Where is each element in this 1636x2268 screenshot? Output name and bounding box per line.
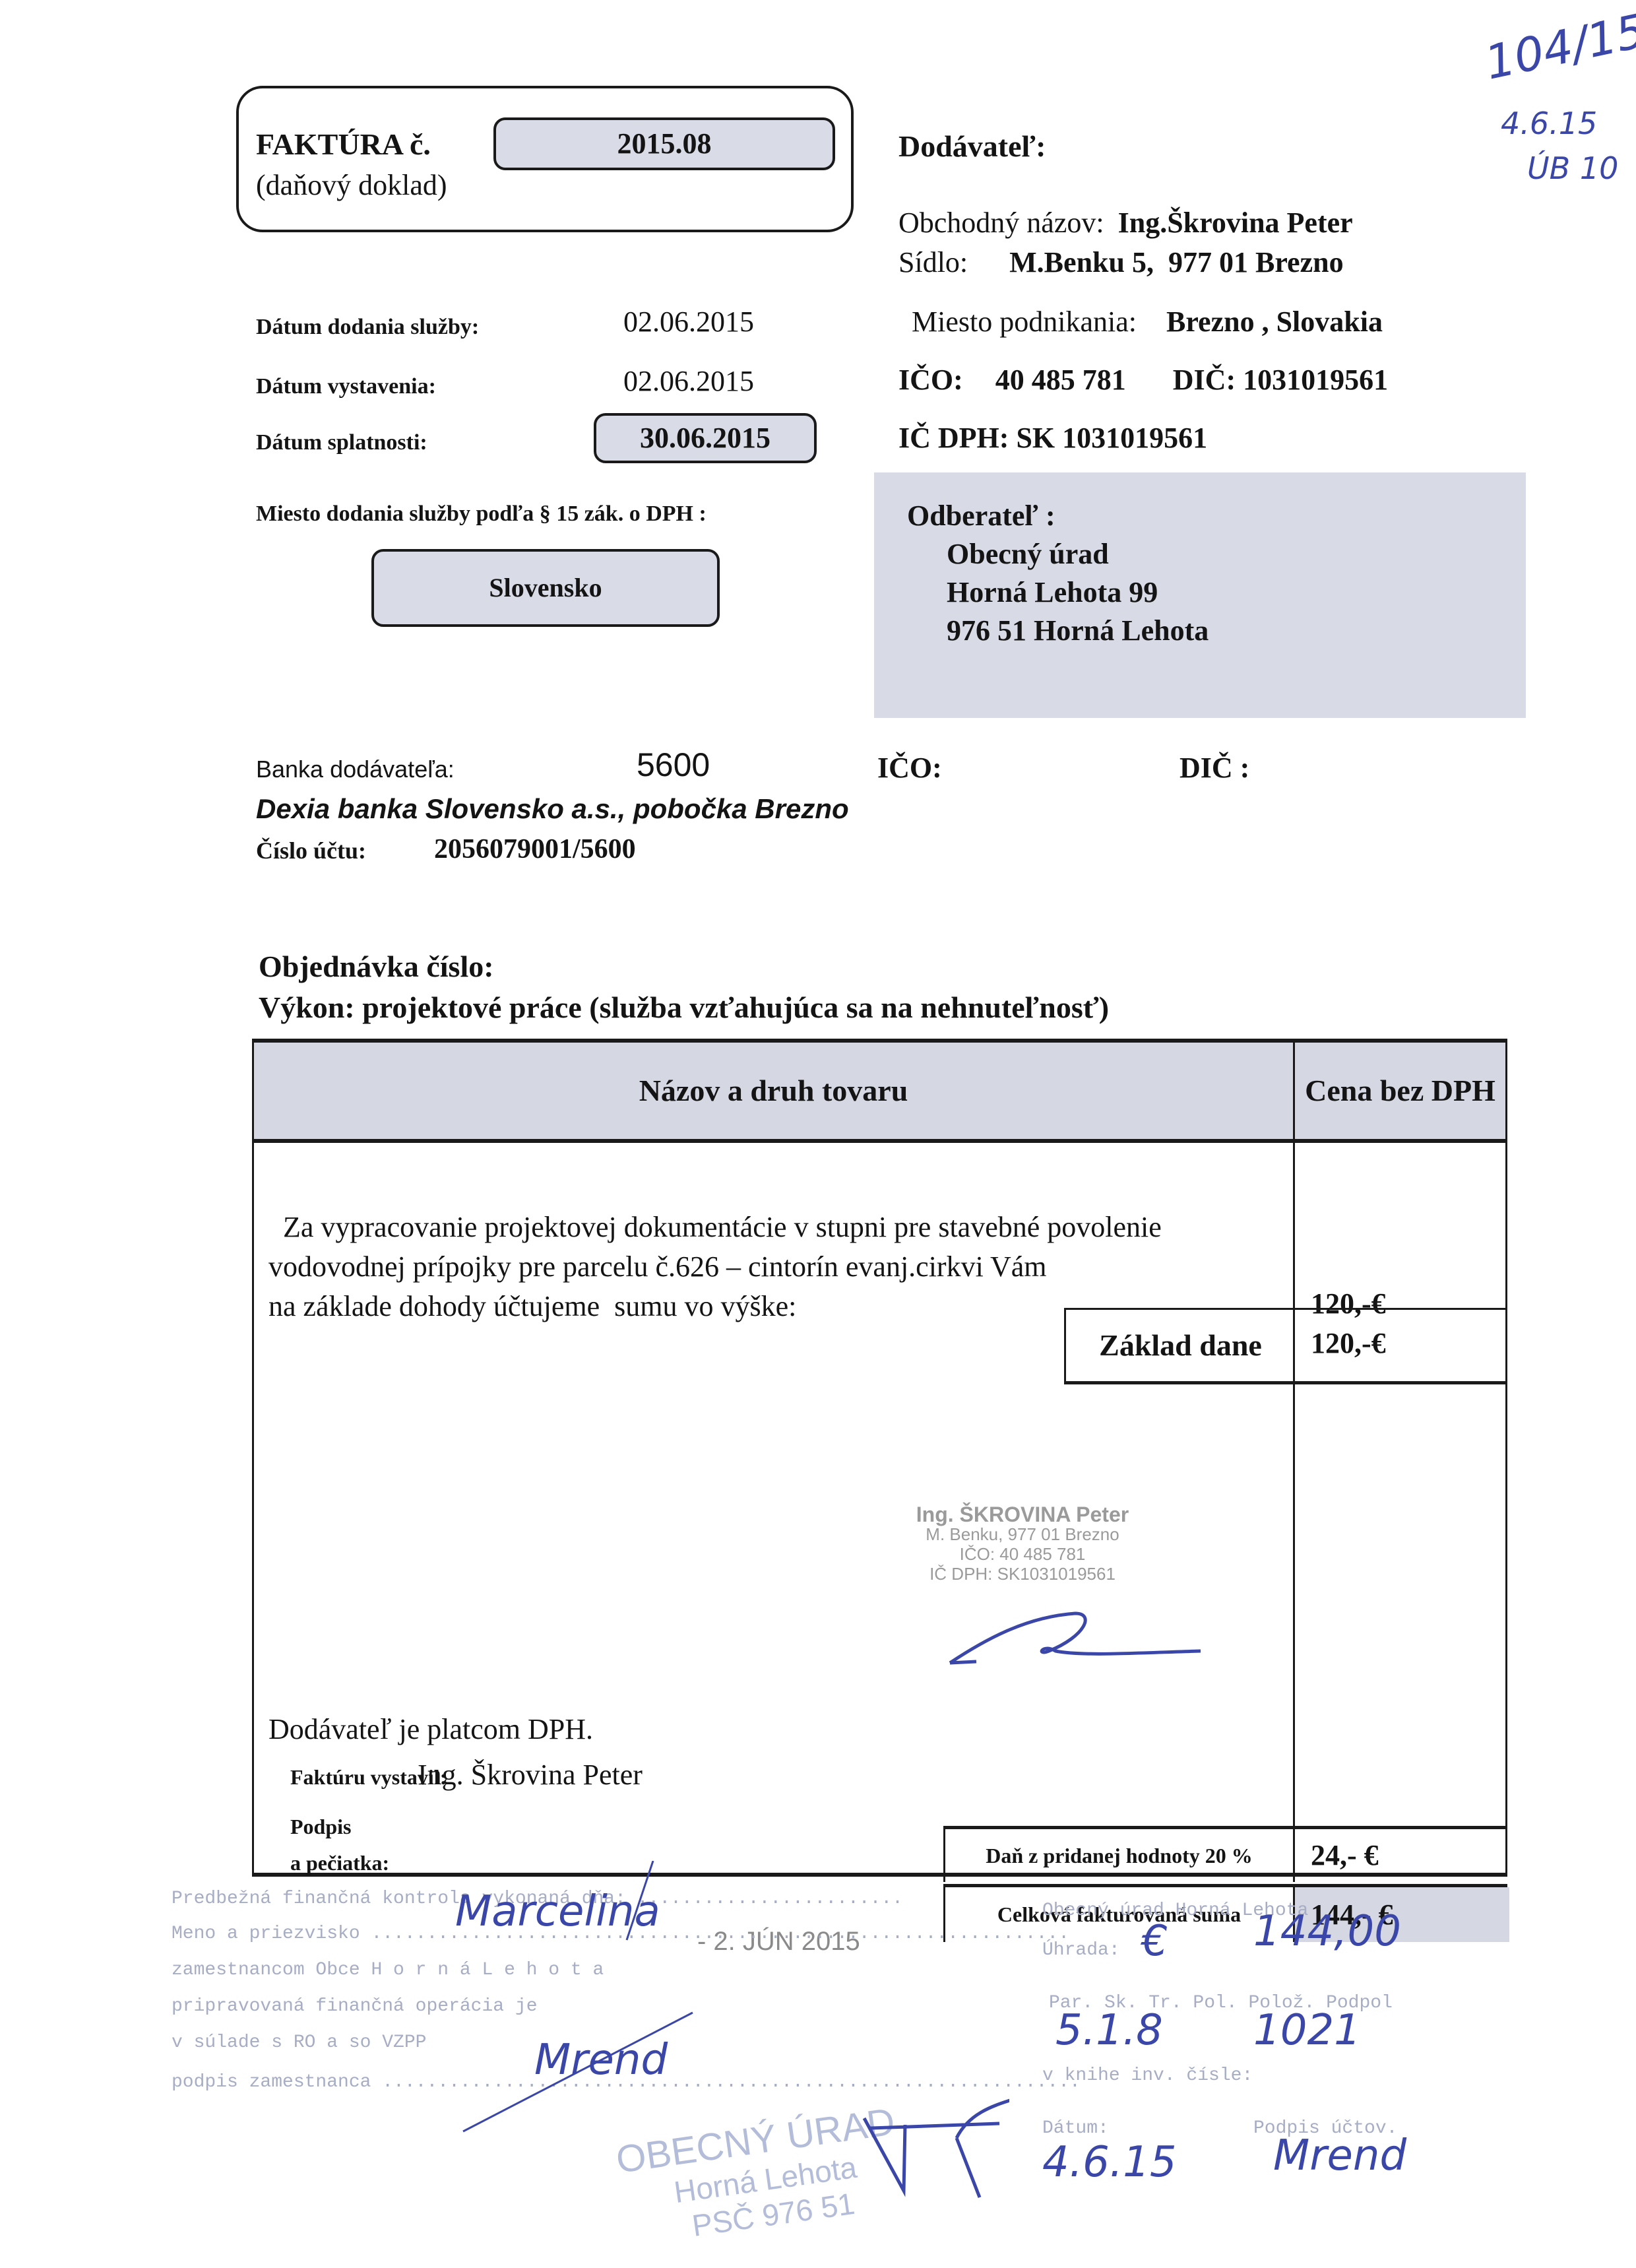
supplier-place-label: Miesto podnikania: — [912, 306, 1137, 338]
supplier-place: Brezno , Slovakia — [1166, 306, 1383, 338]
supplier-dic-label: DIČ: — [1173, 364, 1236, 396]
column-header-price: Cena bez DPH — [1295, 1043, 1505, 1139]
place-of-supply: Slovensko — [374, 552, 717, 624]
supplier-heading: Dodávateľ: — [898, 129, 1046, 164]
inventory-label: v knihe inv. čísle: — [1042, 2065, 1253, 2086]
column-header-item: Názov a druh tovaru — [254, 1043, 1293, 1139]
customer-name: Obecný úrad — [947, 537, 1109, 571]
budget-code-2: 1021 — [1253, 2006, 1361, 2055]
signature-label: Podpis — [290, 1815, 351, 1839]
customer-box: Odberateľ : Obecný úrad Horná Lehota 99 … — [874, 472, 1526, 718]
bank-code: 5600 — [637, 746, 710, 784]
tax-base-box: Základ dane — [1064, 1310, 1295, 1384]
due-date-box: 30.06.2015 — [594, 413, 817, 463]
booking-date: 4.6.15 — [1042, 2138, 1177, 2187]
booking-date-label: Dátum: — [1042, 2118, 1109, 2139]
invoice-title: FAKTÚRA č. — [256, 127, 431, 162]
delivery-date: 02.06.2015 — [623, 305, 754, 339]
invoice-items-table: Názov a druh tovaru Cena bez DPH Za vypr… — [252, 1039, 1507, 1877]
supplier-ico: 40 485 781 — [995, 364, 1126, 396]
item-price: 120,-€ — [1311, 1287, 1386, 1320]
supplier-trade-name: Ing.Škrovina Peter — [1118, 207, 1353, 239]
supplier-icdph: SK 1031019561 — [1016, 422, 1207, 454]
stamp-line: M. Benku, 977 01 Brezno — [881, 1524, 1164, 1544]
issue-date: 02.06.2015 — [623, 364, 754, 398]
supplier-seat: M.Benku 5, 977 01 Brezno — [1009, 246, 1343, 278]
item-description: Za vypracovanie projektovej dokumentácie… — [268, 1208, 1162, 1326]
handwritten-note: ÚB 10 — [1527, 150, 1618, 186]
handwritten-reference: 104/15 — [1480, 3, 1636, 90]
tax-base-label: Základ dane — [1066, 1310, 1295, 1381]
bank-name: Dexia banka Slovensko a.s., pobočka Brez… — [256, 793, 849, 825]
supplier-place-row: Miesto podnikania: Brezno , Slovakia — [912, 305, 1383, 339]
stamp-label: a pečiatka: — [290, 1851, 389, 1875]
account-label: Číslo účtu: — [256, 837, 366, 864]
control-form-line: v súlade s RO a so VZPP — [172, 2032, 426, 2053]
supplier-icdph-label: IČ DPH: — [898, 422, 1009, 454]
due-date: 30.06.2015 — [596, 416, 814, 461]
supplier-signature-icon — [937, 1610, 1214, 1676]
supplier-stamp: Ing. ŠKROVINA Peter M. Benku, 977 01 Bre… — [881, 1505, 1164, 1584]
invoice-number: 2015.08 — [496, 120, 833, 168]
supplier-icdph-row: IČ DPH: SK 1031019561 — [898, 421, 1207, 455]
order-description: Výkon: projektové práce (služba vzťahujú… — [259, 990, 1109, 1025]
customer-street: Horná Lehota 99 — [947, 575, 1158, 609]
vat-value: 24,- € — [1295, 1829, 1505, 1882]
issue-date-label: Dátum vystavenia: — [256, 374, 436, 399]
payment-label: Úhrada: — [1042, 1940, 1120, 1960]
bank-dic-label: DIČ : — [1180, 751, 1249, 785]
bank-label: Banka dodávateľa: — [256, 756, 455, 783]
payment-value: 144,00 — [1253, 1907, 1401, 1956]
payment-currency: € — [1141, 1917, 1168, 1966]
customer-city: 976 51 Horná Lehota — [947, 614, 1209, 647]
stamp-line: IČO: 40 485 781 — [881, 1544, 1164, 1564]
customer-heading: Odberateľ : — [907, 499, 1055, 533]
bank-ico-label: IČO: — [877, 751, 942, 785]
column-divider — [1293, 1043, 1295, 1873]
stamp-line: IČ DPH: SK1031019561 — [881, 1564, 1164, 1584]
invoice-subtitle: (daňový doklad) — [256, 168, 447, 202]
supplier-ico-label: IČO: — [898, 364, 963, 396]
supplier-seat-label: Sídlo: — [898, 246, 968, 278]
supplier-dic: 1031019561 — [1243, 364, 1388, 396]
divider — [1293, 1381, 1505, 1384]
office-signature-icon — [838, 2098, 1009, 2204]
delivery-date-label: Dátum dodania služby: — [256, 315, 479, 340]
due-date-label: Dátum splatnosti: — [256, 430, 427, 455]
vat-label: Daň z pridanej hodnoty 20 % — [945, 1829, 1293, 1882]
issued-by: Ing. Škrovina Peter — [418, 1758, 643, 1792]
place-of-supply-label: Miesto dodania služby podľa § 15 zák. o … — [256, 502, 707, 527]
place-of-supply-box: Slovensko — [371, 549, 720, 627]
tax-base-value: 120,-€ — [1311, 1326, 1386, 1360]
invoice-number-box: 2015.08 — [493, 117, 835, 170]
budget-code-1: 5.1.8 — [1055, 2006, 1163, 2055]
supplier-ids-row: IČO: 40 485 781 DIČ: 1031019561 — [898, 363, 1388, 397]
account-number: 2056079001/5600 — [434, 833, 636, 865]
accountant-signature: Mrend — [1273, 2131, 1406, 2180]
supplier-trade-name-label: Obchodný názov: — [898, 207, 1104, 239]
vat-payer-note: Dodávateľ je platcom DPH. — [268, 1712, 593, 1746]
supplier-seat-row: Sídlo: M.Benku 5, 977 01 Brezno — [898, 245, 1344, 279]
signature-strokes-icon — [455, 1861, 706, 2138]
vat-row: Daň z pridanej hodnoty 20 % 24,- € — [943, 1826, 1507, 1882]
order-number-label: Objednávka číslo: — [259, 949, 494, 984]
stamp-line: Ing. ŠKROVINA Peter — [881, 1505, 1164, 1524]
handwritten-date: 4.6.15 — [1501, 106, 1597, 141]
supplier-trade-name-row: Obchodný názov: Ing.Škrovina Peter — [898, 206, 1353, 240]
